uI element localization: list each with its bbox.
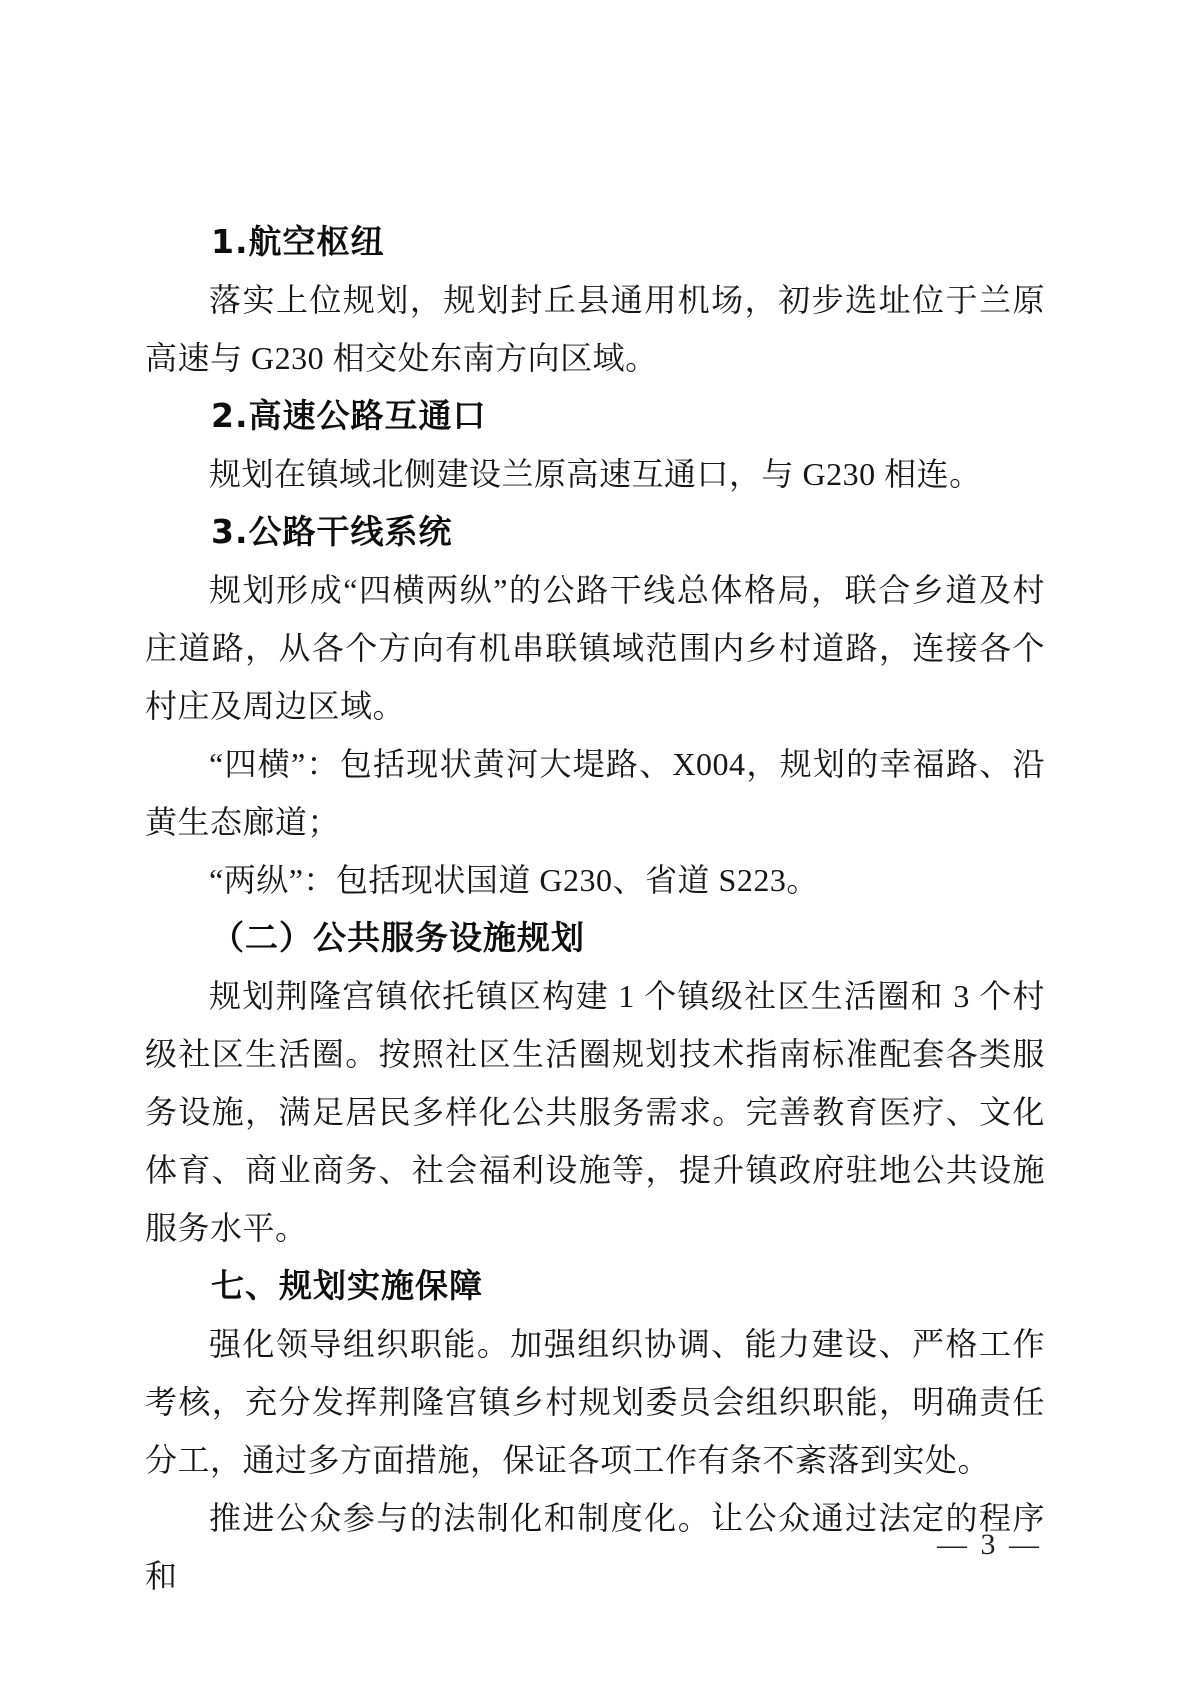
body-paragraph: 推进公众参与的法制化和制度化。让公众通过法定的程序和 <box>145 1489 1045 1605</box>
section-heading: 1.航空枢纽 <box>145 213 1045 271</box>
body-paragraph: 规划在镇域北侧建设兰原高速互通口，与 G230 相连。 <box>145 445 1045 503</box>
page-number: — 3 — <box>937 1527 1042 1563</box>
section-heading: 2.高速公路互通口 <box>145 387 1045 445</box>
section-heading: （二）公共服务设施规划 <box>145 909 1045 967</box>
body-paragraph: 规划荆隆宫镇依托镇区构建 1 个镇级社区生活圈和 3 个村级社区生活圈。按照社区… <box>145 967 1045 1257</box>
document-page: 1.航空枢纽落实上位规划，规划封丘县通用机场，初步选址位于兰原高速与 G230 … <box>0 0 1190 1683</box>
section-heading: 七、规划实施保障 <box>145 1257 1045 1315</box>
section-heading: 3.公路干线系统 <box>145 503 1045 561</box>
body-paragraph: 落实上位规划，规划封丘县通用机场，初步选址位于兰原高速与 G230 相交处东南方… <box>145 271 1045 387</box>
body-paragraph: 强化领导组织职能。加强组织协调、能力建设、严格工作考核，充分发挥荆隆宫镇乡村规划… <box>145 1315 1045 1489</box>
body-paragraph: “四横”：包括现状黄河大堤路、X004，规划的幸福路、沿黄生态廊道； <box>145 735 1045 851</box>
document-body: 1.航空枢纽落实上位规划，规划封丘县通用机场，初步选址位于兰原高速与 G230 … <box>145 213 1045 1605</box>
body-paragraph: 规划形成“四横两纵”的公路干线总体格局，联合乡道及村庄道路，从各个方向有机串联镇… <box>145 561 1045 735</box>
body-paragraph: “两纵”：包括现状国道 G230、省道 S223。 <box>145 851 1045 909</box>
